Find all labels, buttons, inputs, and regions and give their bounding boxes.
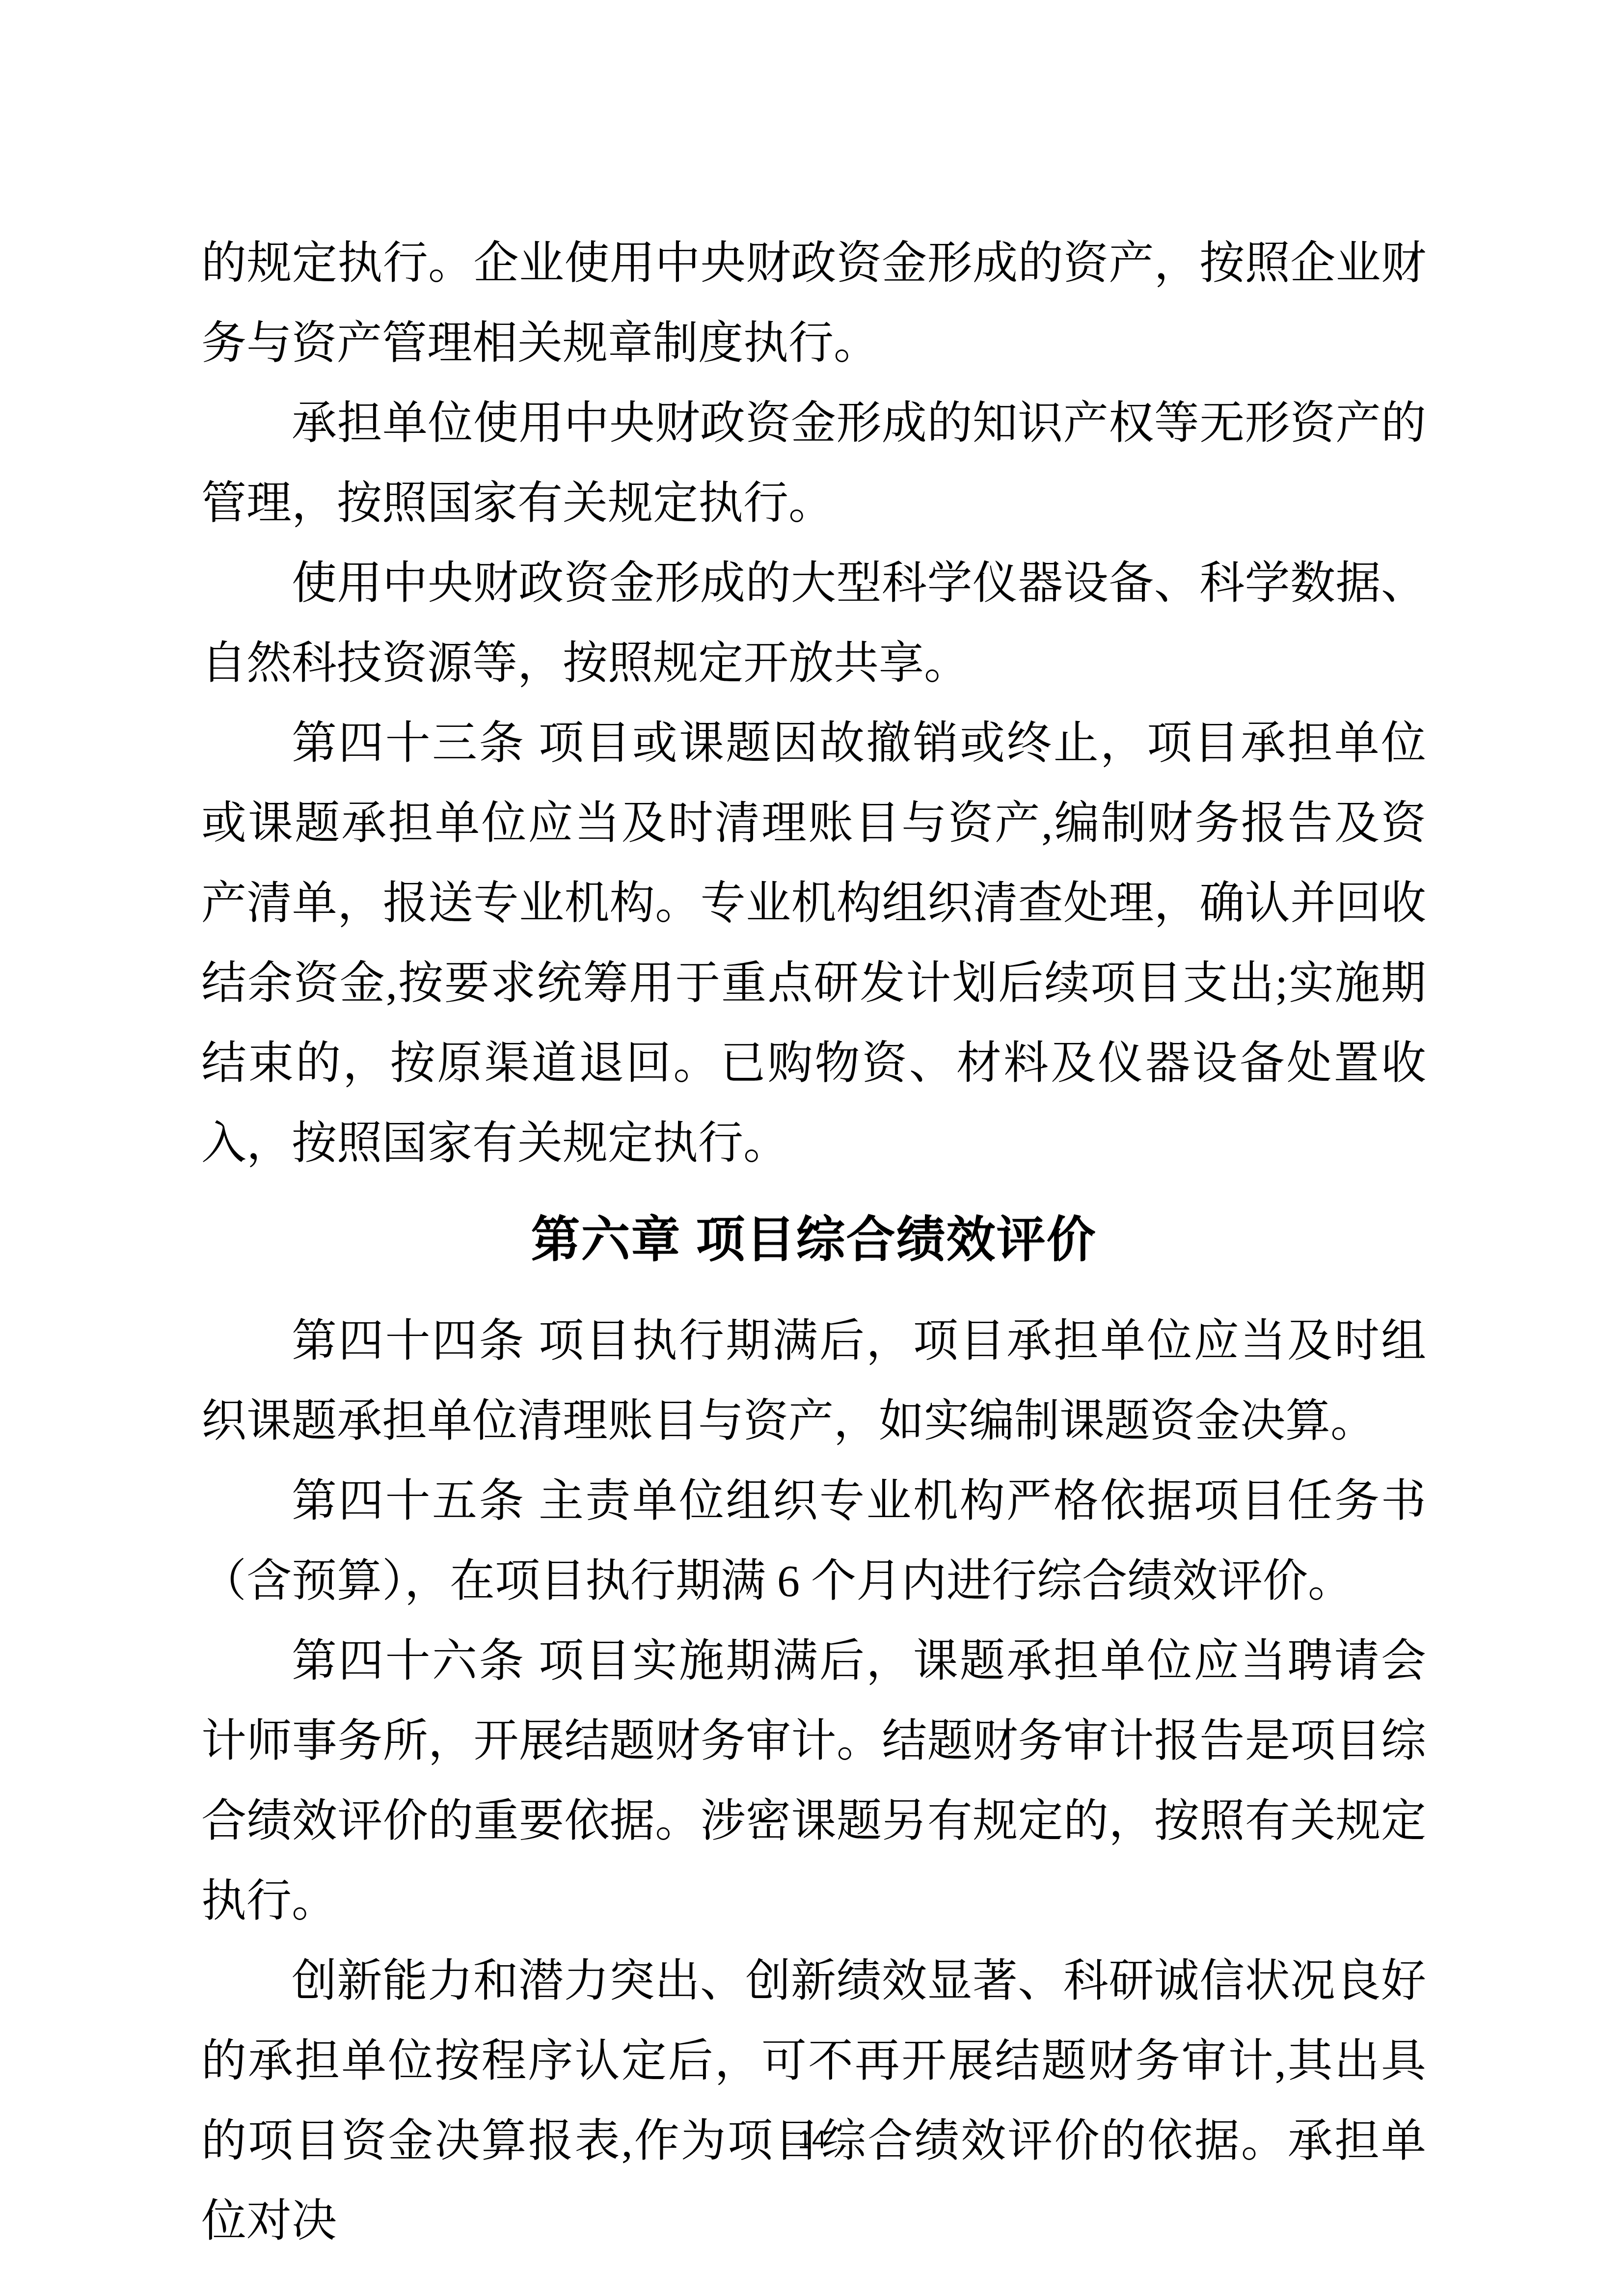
paragraph: 第四十四条 项目执行期满后，项目承担单位应当及时组织课题承担单位清理账目与资产，… xyxy=(201,1301,1426,1461)
document-page: 的规定执行。企业使用中央财政资金形成的资产，按照企业财务与资产管理相关规章制度执… xyxy=(0,0,1624,2296)
paragraph: 的规定执行。企业使用中央财政资金形成的资产，按照企业财务与资产管理相关规章制度执… xyxy=(201,223,1426,383)
paragraph: 第四十五条 主责单位组织专业机构严格依据项目任务书（含预算），在项目执行期满 6… xyxy=(201,1461,1426,1621)
document-content: 的规定执行。企业使用中央财政资金形成的资产，按照企业财务与资产管理相关规章制度执… xyxy=(201,223,1426,2261)
paragraph: 创新能力和潜力突出、创新绩效显著、科研诚信状况良好的承担单位按程序认定后，可不再… xyxy=(201,1941,1426,2261)
paragraph: 第四十六条 项目实施期满后，课题承担单位应当聘请会计师事务所，开展结题财务审计。… xyxy=(201,1621,1426,1941)
paragraph: 第四十三条 项目或课题因故撤销或终止，项目承担单位或课题承担单位应当及时清理账目… xyxy=(201,703,1426,1183)
page-number: 14 xyxy=(0,2125,1624,2155)
chapter-heading: 第六章 项目综合绩效评价 xyxy=(201,1198,1426,1281)
paragraph: 使用中央财政资金形成的大型科学仪器设备、科学数据、自然科技资源等，按照规定开放共… xyxy=(201,543,1426,703)
paragraph: 承担单位使用中央财政资金形成的知识产权等无形资产的管理，按照国家有关规定执行。 xyxy=(201,383,1426,543)
